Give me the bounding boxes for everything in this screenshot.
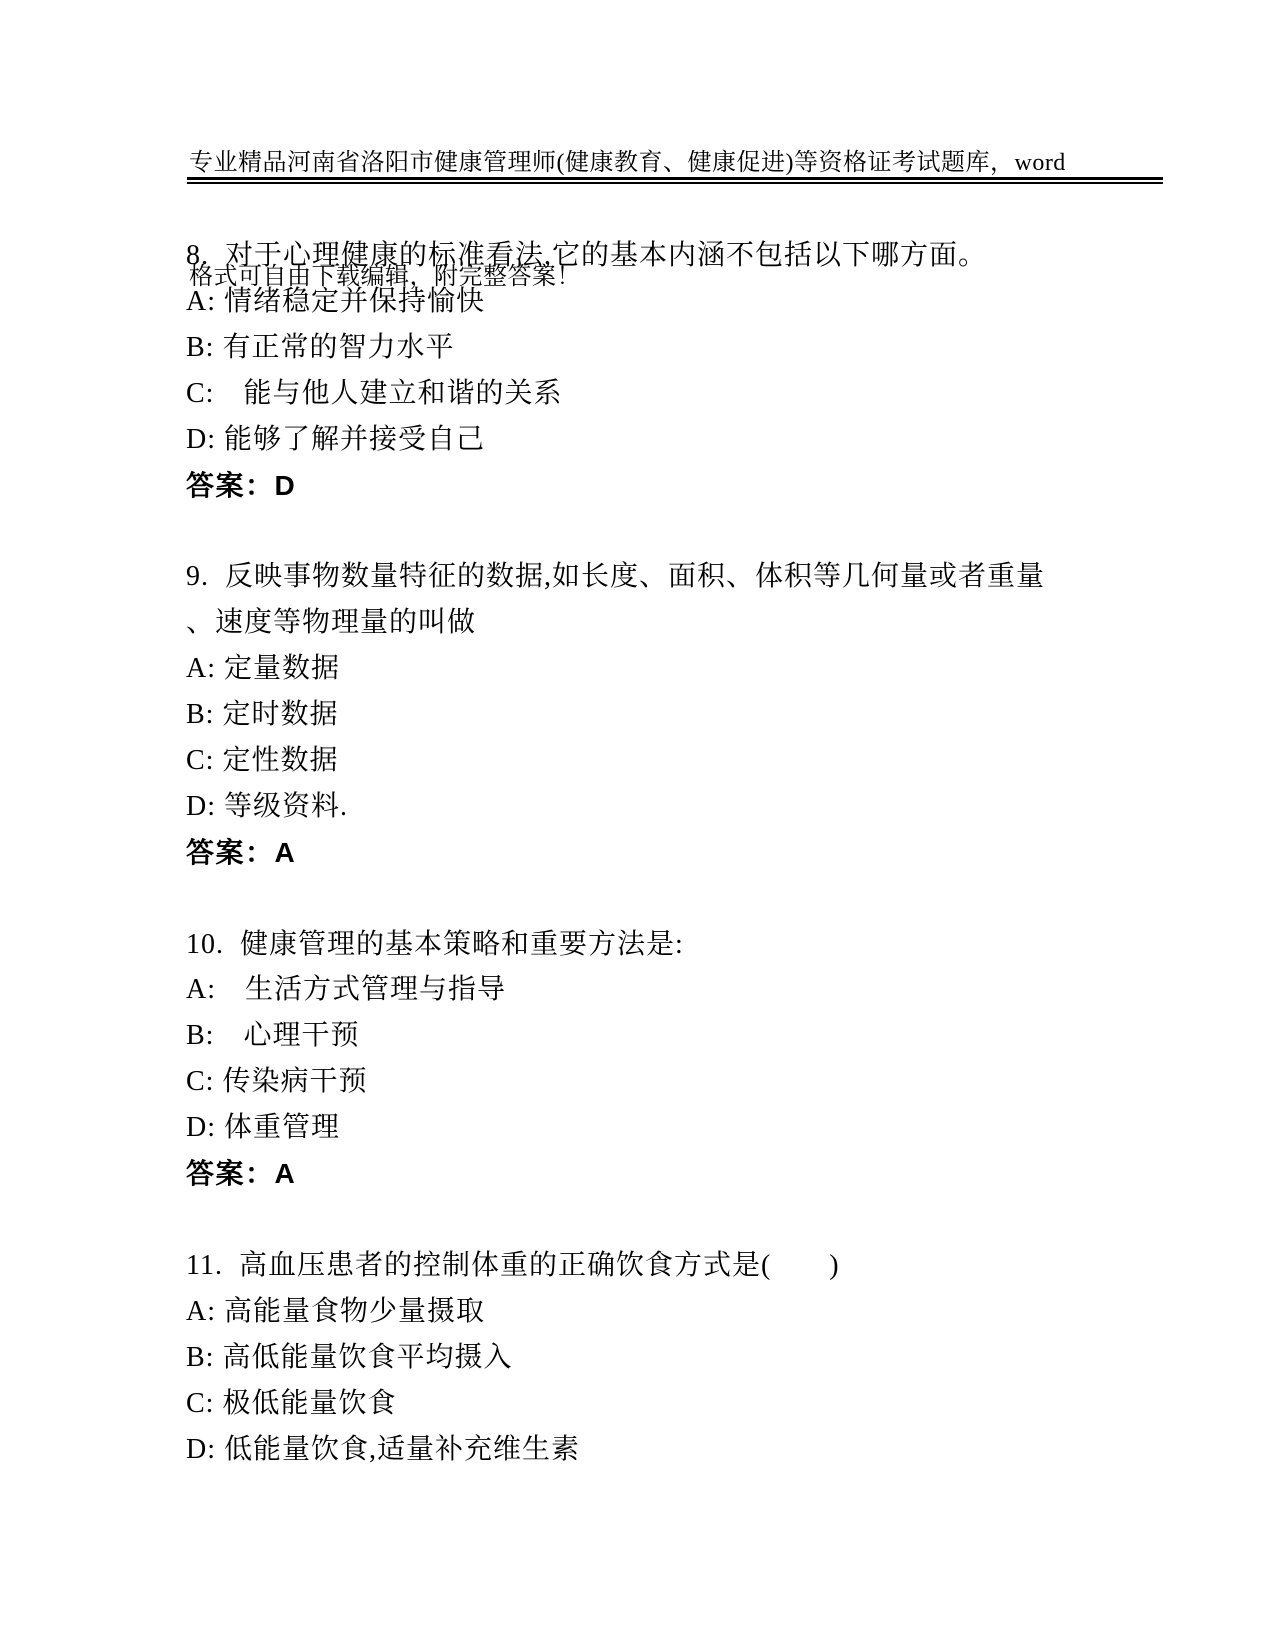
document-page: 专业精品河南省洛阳市健康管理师(健康教育、健康促进)等资格证考试题库，word … <box>0 0 1275 1650</box>
question-8-option-D: D: 能够了解并接受自己 <box>186 417 1166 463</box>
question-9-text-line-1: 9. 反映事物数量特征的数据,如长度、面积、体积等几何量或者重量 <box>186 554 1166 600</box>
question-10-option-C: C: 传染病干预 <box>186 1059 1166 1105</box>
question-11-text-line-1: 11. 高血压患者的控制体重的正确饮食方式是( ) <box>186 1243 1166 1289</box>
header-divider-rule <box>187 177 1163 184</box>
divider-line-thin <box>187 182 1163 184</box>
question-8-option-B: B: 有正常的智力水平 <box>186 325 1166 371</box>
question-10-answer-line: 答案：A <box>186 1151 1166 1197</box>
question-block-11: 11. 高血压患者的控制体重的正确饮食方式是( )A: 高能量食物少量摄取B: … <box>186 1243 1166 1473</box>
question-9-option-D: D: 等级资料. <box>186 784 1166 830</box>
question-block-8: 8. 对于心理健康的标准看法,它的基本内涵不包括以下哪方面。A: 情绪稳定并保持… <box>186 233 1166 508</box>
question-11-option-B: B: 高低能量饮食平均摄入 <box>186 1335 1166 1381</box>
question-9-option-C: C: 定性数据 <box>186 738 1166 784</box>
question-11-option-D: D: 低能量饮食,适量补充维生素 <box>186 1427 1166 1473</box>
divider-line-thick <box>187 177 1163 180</box>
question-10-option-D: D: 体重管理 <box>186 1105 1166 1151</box>
question-10-option-A: A: 生活方式管理与指导 <box>186 967 1166 1013</box>
question-9-option-A: A: 定量数据 <box>186 646 1166 692</box>
question-8-option-C: C: 能与他人建立和谐的关系 <box>186 371 1166 417</box>
question-8-answer-line: 答案：D <box>186 463 1166 509</box>
question-11-option-A: A: 高能量食物少量摄取 <box>186 1289 1166 1335</box>
question-9-option-B: B: 定时数据 <box>186 692 1166 738</box>
question-9-text-line-2: 、速度等物理量的叫做 <box>186 600 1166 646</box>
question-11-option-C: C: 极低能量饮食 <box>186 1381 1166 1427</box>
question-10-text-line-1: 10. 健康管理的基本策略和重要方法是: <box>186 922 1166 968</box>
question-10-option-B: B: 心理干预 <box>186 1013 1166 1059</box>
question-block-10: 10. 健康管理的基本策略和重要方法是:A: 生活方式管理与指导B: 心理干预C… <box>186 922 1166 1197</box>
question-block-9: 9. 反映事物数量特征的数据,如长度、面积、体积等几何量或者重量、速度等物理量的… <box>186 554 1166 875</box>
question-8-option-A: A: 情绪稳定并保持愉快 <box>186 279 1166 325</box>
question-list: 8. 对于心理健康的标准看法,它的基本内涵不包括以下哪方面。A: 情绪稳定并保持… <box>186 233 1166 1518</box>
question-9-answer-line: 答案：A <box>186 830 1166 876</box>
question-8-text-line-1: 8. 对于心理健康的标准看法,它的基本内涵不包括以下哪方面。 <box>186 233 1166 279</box>
